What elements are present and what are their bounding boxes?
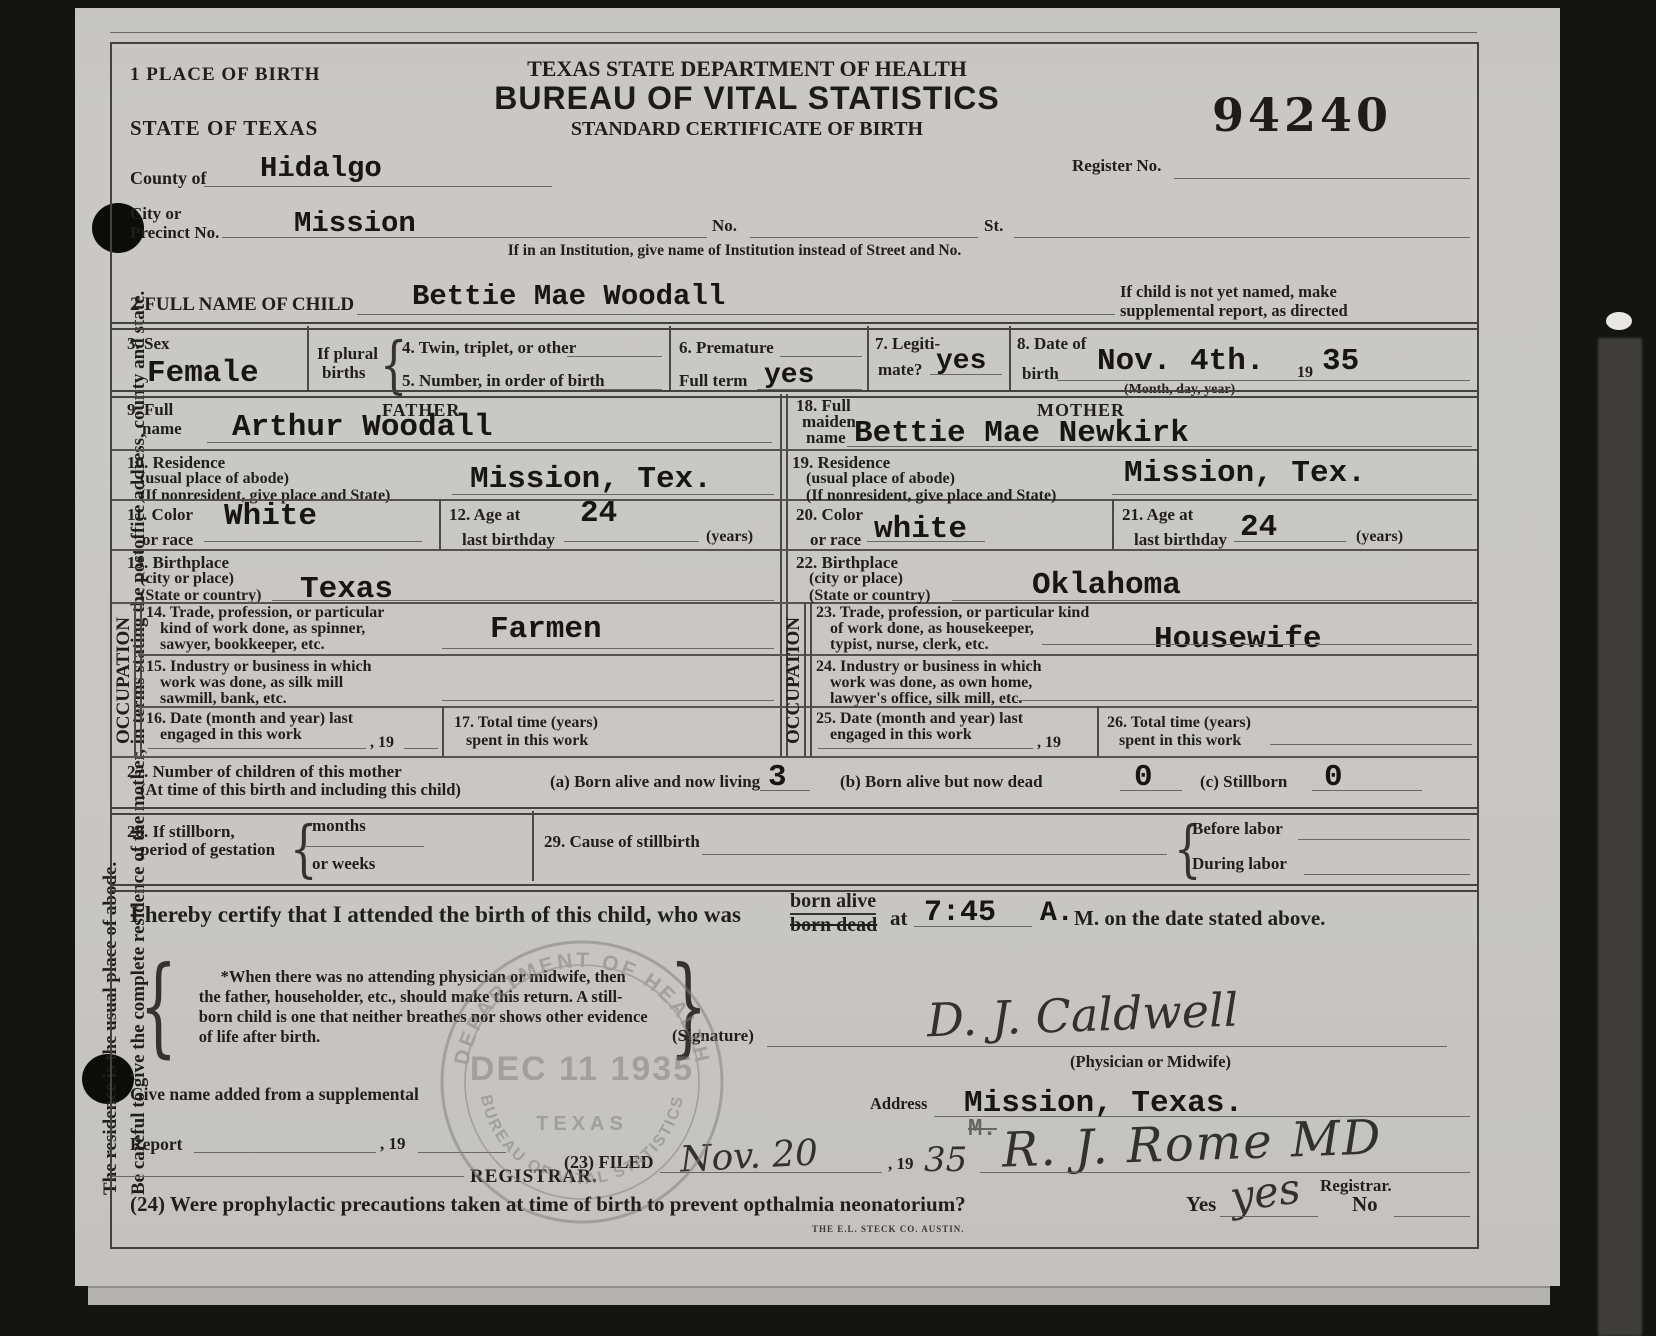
father-occupation-vertical-label: OCCUPATION <box>113 606 135 754</box>
plural-births-label1: If plural <box>317 344 378 364</box>
city-value: Mission <box>294 207 416 240</box>
months-label: months <box>312 816 366 836</box>
rule <box>272 600 774 601</box>
report-label: Report <box>130 1134 182 1155</box>
rule <box>1298 839 1470 840</box>
rule <box>442 648 774 649</box>
certify-statement: I hereby certify that I attended the bir… <box>130 902 741 928</box>
rule <box>357 314 1115 315</box>
legitimate-value: yes <box>936 346 986 377</box>
sex-label: 3. Sex <box>127 334 170 354</box>
father-date-year-printed: , 19 <box>370 734 394 752</box>
rule <box>452 494 774 495</box>
certificate-type-title: STANDARD CERTIFICATE OF BIRTH <box>447 118 1047 141</box>
father-age-label1: 12. Age at <box>449 505 520 525</box>
mother-date-year-printed: , 19 <box>1037 734 1061 752</box>
mother-trade-value: Housewife <box>1154 622 1321 657</box>
bureau-title: BUREAU OF VITAL STATISTICS <box>422 80 1072 117</box>
rule <box>1112 499 1114 549</box>
full-term-value: yes <box>764 360 814 391</box>
rule <box>1017 700 1472 701</box>
mother-industry-line2: lawyer's office, silk mill, etc. <box>830 690 1022 708</box>
mother-years-label: (years) <box>1356 528 1403 546</box>
rule <box>204 186 552 187</box>
place-of-birth-label: 1 PLACE OF BIRTH <box>130 64 320 86</box>
dob-year-value: 35 <box>1322 344 1359 379</box>
legitimate-label2: mate? <box>878 360 922 380</box>
rule <box>1057 380 1470 381</box>
meridian-value: A. <box>1040 898 1074 929</box>
rule <box>148 748 366 749</box>
stillborn-count-label: (c) Stillborn <box>1200 772 1287 792</box>
rule <box>980 1172 1470 1173</box>
mother-age-label1: 21. Age at <box>1122 505 1193 525</box>
mother-name-label3: name <box>806 428 846 448</box>
rule <box>750 237 978 238</box>
full-term-label: Full term <box>679 371 747 391</box>
rule <box>702 854 1167 855</box>
father-residence-sub1: (usual place of abode) <box>140 470 289 488</box>
mother-time-label1: 26. Total time (years) <box>1107 714 1251 732</box>
rule <box>112 549 1477 551</box>
mother-color-label2: or race <box>810 530 861 550</box>
rule <box>307 326 309 392</box>
stillborn-label2: period of gestation <box>140 840 275 860</box>
rule <box>847 446 1472 447</box>
order-label: 5. Number, in order of birth <box>402 371 605 391</box>
rule <box>1312 790 1422 791</box>
rule <box>1220 1216 1318 1217</box>
mother-residence-value: Mission, Tex. <box>1124 456 1366 491</box>
unnamed-note-line2: supplemental report, as directed <box>1120 301 1348 321</box>
received-date-stamp: DEPARTMENT OF HEALTH BUREAU OF VITAL STA… <box>432 932 732 1232</box>
filed-year-printed: , 19 <box>888 1154 914 1174</box>
rule <box>304 846 424 847</box>
certificate-number: 94240 <box>1212 88 1392 142</box>
rule <box>914 926 1032 927</box>
mother-occupation-vertical-label: OCCUPATION <box>783 606 805 754</box>
rule <box>112 322 1477 330</box>
physician-signature: D. J. Caldwell <box>926 983 1239 1048</box>
rule <box>567 356 662 357</box>
rule <box>207 442 772 443</box>
address-label: Address <box>870 1094 927 1114</box>
father-name-label2: name <box>142 419 182 439</box>
stillborn-label1: 28. If stillborn, <box>127 822 235 842</box>
unnamed-note-line1: If child is not yet named, make <box>1120 282 1337 302</box>
child-name-label: 2 FULL NAME OF CHILD <box>130 294 354 316</box>
dob-value: Nov. 4th. <box>1097 344 1264 379</box>
mother-residence-sub2: (If nonresident, give place and State) <box>806 487 1056 505</box>
filed-year-handwritten: 35 <box>924 1140 967 1180</box>
rule <box>134 602 142 756</box>
father-age-value: 24 <box>580 496 617 531</box>
father-years-label: (years) <box>706 528 753 546</box>
father-time-label1: 17. Total time (years) <box>454 714 598 732</box>
rule <box>1112 494 1472 495</box>
mother-date-label2: engaged in this work <box>830 726 972 744</box>
county-value: Hidalgo <box>260 152 382 185</box>
rule <box>439 499 441 549</box>
premature-label: 6. Premature <box>679 338 774 358</box>
mother-trade-line2: typist, nurse, clerk, etc. <box>830 636 989 654</box>
father-color-value: White <box>224 499 317 534</box>
at-label: at <box>890 906 908 931</box>
rule <box>442 706 444 756</box>
rule <box>1009 326 1011 392</box>
scanned-birth-certificate: Be careful to give the complete residenc… <box>0 0 1656 1336</box>
rule <box>1174 178 1470 179</box>
register-no-label: Register No. <box>1072 156 1161 176</box>
mother-color-label1: 20. Color <box>796 505 863 525</box>
printer-mark: THE E.L. STECK CO. AUSTIN. <box>812 1224 965 1234</box>
scan-speck <box>1606 312 1632 330</box>
twin-label: 4. Twin, triplet, or other <box>402 338 576 358</box>
rule <box>112 449 1477 451</box>
rule <box>1042 644 1472 645</box>
dob-label1: 8. Date of <box>1017 334 1086 354</box>
rule <box>1014 237 1470 238</box>
rule <box>767 1046 1447 1047</box>
st-label: St. <box>984 216 1003 236</box>
rule <box>1234 541 1346 542</box>
mother-birthplace-sub1: (city or place) <box>809 570 903 588</box>
rule <box>222 237 707 238</box>
father-color-label2: or race <box>142 530 193 550</box>
department-title: TEXAS STATE DEPARTMENT OF HEALTH <box>447 56 1047 82</box>
father-date-label2: engaged in this work <box>160 726 302 744</box>
mother-age-value: 24 <box>1240 510 1277 545</box>
city-label-line1: City or <box>130 204 181 224</box>
before-labor-label: Before labor <box>1192 819 1283 839</box>
rule <box>532 811 534 881</box>
supplemental-line1: Give name added from a supplemental <box>130 1084 419 1105</box>
rule <box>1394 1216 1470 1217</box>
rule <box>1120 790 1182 791</box>
rule <box>564 541 699 542</box>
mother-age-label2: last birthday <box>1134 530 1227 550</box>
stamp-date-text: DEC 11 1935 <box>470 1050 694 1088</box>
no-answer-label: No <box>1352 1192 1378 1217</box>
father-time-label2: spent in this work <box>466 732 588 750</box>
brace: { <box>139 944 177 1069</box>
mother-birthplace-value: Oklahoma <box>1032 568 1181 603</box>
children-count-label1: 27. Number of children of this mother <box>127 762 402 782</box>
rule <box>867 541 985 542</box>
rule <box>194 1152 376 1153</box>
born-alive-living-label: (a) Born alive and now living <box>550 772 760 792</box>
rule <box>669 326 671 392</box>
no-label: No. <box>712 216 737 236</box>
rule <box>952 600 1472 601</box>
during-labor-label: During labor <box>1192 854 1287 874</box>
father-trade-line2: sawyer, bookkeeper, etc. <box>160 636 325 654</box>
father-birthplace-sub1: (city or place) <box>140 570 234 588</box>
child-name-value: Bettie Mae Woodall <box>412 280 725 313</box>
rule <box>867 326 869 392</box>
county-label: County of <box>130 168 207 189</box>
cause-of-stillbirth-label: 29. Cause of stillbirth <box>544 832 700 852</box>
yes-label: Yes <box>1186 1192 1216 1217</box>
mother-residence-sub1: (usual place of abode) <box>806 470 955 488</box>
legitimate-label1: 7. Legiti- <box>875 334 940 354</box>
rule <box>780 356 862 357</box>
mother-birthplace-sub2: (State or country) <box>809 587 930 605</box>
rule <box>112 390 1477 398</box>
birth-time-value: 7:45 <box>924 896 996 930</box>
father-trade-value: Farmen <box>490 612 602 647</box>
rule <box>1270 744 1472 745</box>
state-of-texas-label: STATE OF TEXAS <box>130 116 318 141</box>
certify-statement-end: M. on the date stated above. <box>1074 906 1325 931</box>
plural-births-label2: births <box>322 363 365 383</box>
report-year-printed: , 19 <box>380 1134 406 1154</box>
born-dead-option: born dead <box>790 914 877 937</box>
father-age-label2: last birthday <box>462 530 555 550</box>
binding-spine <box>1598 338 1642 1336</box>
weeks-label: or weeks <box>312 854 375 874</box>
city-label-line2: Precinct No. <box>130 223 219 243</box>
rule <box>110 32 1477 33</box>
rule <box>818 748 1033 749</box>
stamp-state-text: TEXAS <box>536 1113 628 1135</box>
rule <box>1097 706 1099 756</box>
rule <box>760 790 810 791</box>
father-residence-value: Mission, Tex. <box>470 462 712 497</box>
rule <box>204 541 422 542</box>
rule <box>804 602 812 756</box>
mother-time-label2: spent in this work <box>1119 732 1241 750</box>
father-name-value: Arthur Woodall <box>232 410 492 445</box>
prophylaxis-question: (24) Were prophylactic precautions taken… <box>130 1192 966 1217</box>
born-alive-option: born alive <box>790 890 876 915</box>
father-color-label1: 11. Color <box>127 505 193 525</box>
rule <box>112 1176 464 1177</box>
certificate-form-frame: 1 PLACE OF BIRTH STATE OF TEXAS TEXAS ST… <box>110 42 1479 1249</box>
sex-value: Female <box>147 356 259 391</box>
physician-or-midwife-label: (Physician or Midwife) <box>1070 1052 1231 1072</box>
born-alive-dead-label: (b) Born alive but now dead <box>840 772 1043 792</box>
dob-label2: birth <box>1022 364 1059 384</box>
yes-handwritten-value: yes <box>1227 1163 1303 1221</box>
rule <box>442 700 774 701</box>
rule <box>930 374 1002 375</box>
registrar-signature: R. J. Rome MD <box>1001 1109 1383 1178</box>
rule <box>404 748 438 749</box>
rule <box>112 756 1477 758</box>
rule <box>1304 874 1470 875</box>
father-name-label1: 9. Full <box>127 400 173 420</box>
stacked-page-edge <box>88 1286 1550 1305</box>
children-count-label2: (At time of this birth and including thi… <box>140 780 461 800</box>
institution-note: If in an Institution, give name of Insti… <box>462 242 1007 260</box>
address-struck-text: M. <box>968 1116 997 1143</box>
